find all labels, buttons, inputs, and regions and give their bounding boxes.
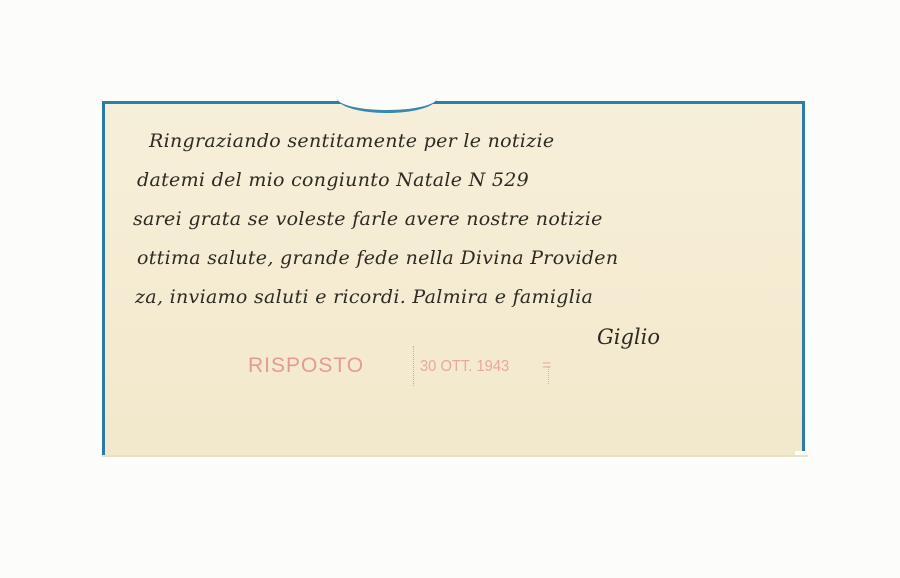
reply-card: Ringraziando sentitamente per le notizie…: [102, 101, 805, 455]
torn-corner: [795, 451, 805, 459]
risposto-stamp: RISPOSTO: [248, 354, 364, 378]
stamp-divider-right: [548, 366, 550, 384]
handwritten-message: Ringraziando sentitamente per le notizie…: [129, 122, 809, 317]
page-background: Ringraziando sentitamente per le notizie…: [0, 0, 900, 578]
stamp-divider-left: [413, 346, 415, 386]
message-line-4: ottima salute, grande fede nella Divina …: [129, 239, 809, 278]
message-line-3: sarei grata se voleste farle avere nostr…: [129, 200, 809, 239]
signature: Giglio: [597, 325, 660, 349]
stamp-date: 30 OTT. 1943: [420, 358, 509, 376]
message-line-2: datemi del mio congiunto Natale N 529: [129, 161, 809, 200]
message-line-1: Ringraziando sentitamente per le notizie: [129, 122, 809, 161]
card-notch: [337, 98, 437, 113]
message-line-5: za, inviamo saluti e ricordi. Palmira e …: [129, 278, 809, 317]
